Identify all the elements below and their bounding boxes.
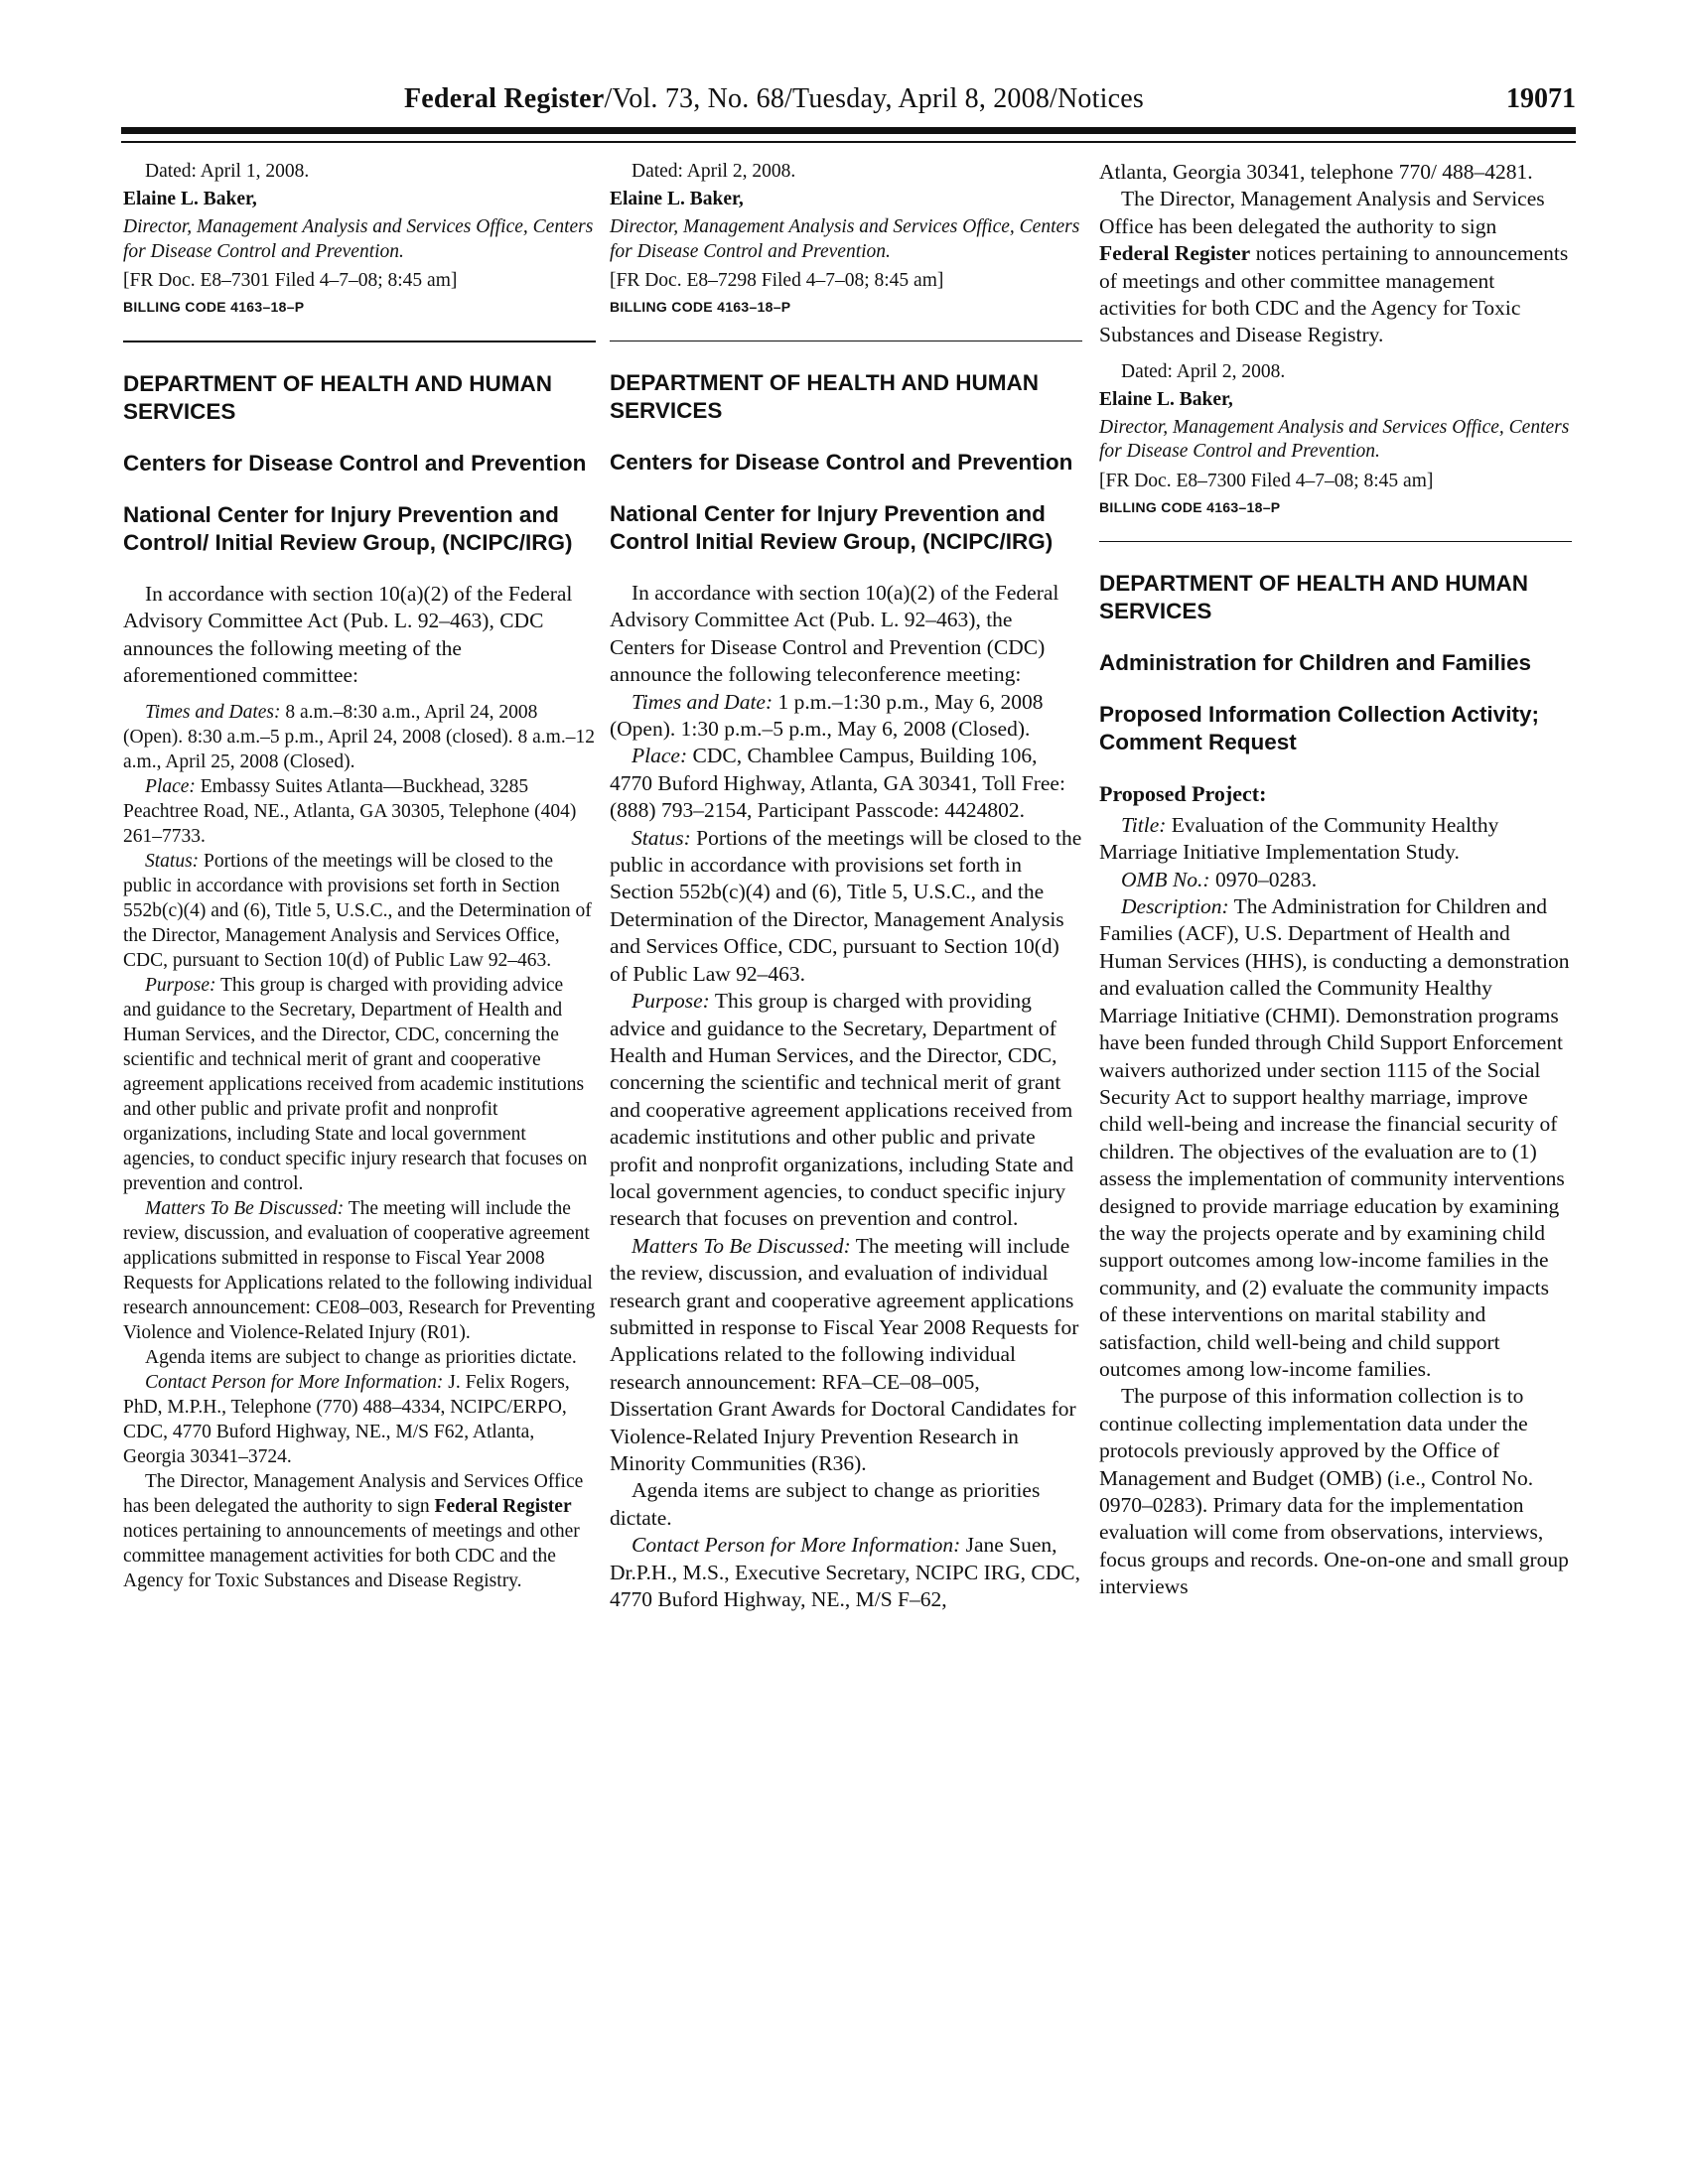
description-paragraph: Description: The Administration for Chil… (1099, 893, 1572, 1383)
subject-heading: National Center for Injury Prevention an… (123, 501, 596, 557)
dated-line: Dated: April 2, 2008. (1099, 359, 1572, 384)
description-label: Description: (1121, 894, 1229, 918)
omb-paragraph: OMB No.: 0970–0283. (1099, 867, 1572, 893)
department-heading: DEPARTMENT OF HEALTH AND HUMAN SERVICES (123, 370, 596, 426)
subject-heading: National Center for Injury Prevention an… (610, 500, 1082, 556)
billing-code: BILLING CODE 4163–18–P (1099, 499, 1572, 515)
signer-name: Elaine L. Baker, (1099, 387, 1572, 413)
matters-text: The meeting will include the review, dis… (610, 1234, 1078, 1475)
delegation-text-bold: Federal Register (1099, 241, 1250, 265)
place-label: Place: (145, 776, 196, 797)
title-label: Title: (1121, 813, 1166, 837)
matters-paragraph: Matters To Be Discussed: The meeting wil… (610, 1233, 1082, 1478)
delegation-text-pre: The Director, Management Analysis and Se… (1099, 187, 1545, 237)
times-label: Times and Dates: (145, 702, 281, 723)
section-divider (610, 341, 1082, 341)
purpose-text: This group is charged with providing adv… (123, 975, 587, 1194)
status-paragraph: Status: Portions of the meetings will be… (123, 849, 596, 973)
purpose-label: Purpose: (632, 989, 710, 1013)
column-1: Dated: April 1, 2008. Elaine L. Baker, D… (123, 159, 596, 1593)
delegation-text-post: notices pertaining to announcements of m… (123, 1521, 580, 1591)
status-paragraph: Status: Portions of the meetings will be… (610, 825, 1082, 988)
times-paragraph: Times and Date: 1 p.m.–1:30 p.m., May 6,… (610, 689, 1082, 744)
page-number: 19071 (1506, 83, 1576, 115)
status-label: Status: (632, 826, 691, 850)
agenda-paragraph: Agenda items are subject to change as pr… (123, 1345, 596, 1370)
signer-title: Director, Management Analysis and Servic… (1099, 416, 1572, 465)
agency-heading: Administration for Children and Families (1099, 649, 1572, 677)
department-heading: DEPARTMENT OF HEALTH AND HUMAN SERVICES (1099, 570, 1572, 625)
running-header: Federal Register/Vol. 73, No. 68/Tuesday… (121, 83, 1576, 123)
purpose-text: This group is charged with providing adv… (610, 989, 1073, 1230)
dated-line: Dated: April 1, 2008. (123, 159, 596, 184)
delegation-paragraph: The Director, Management Analysis and Se… (1099, 186, 1572, 348)
title-paragraph: Title: Evaluation of the Community Healt… (1099, 812, 1572, 867)
fr-doc-line: [FR Doc. E8–7298 Filed 4–7–08; 8:45 am] (610, 268, 1082, 293)
section-divider (123, 341, 596, 342)
signer-title: Director, Management Analysis and Servic… (610, 215, 1082, 264)
publication-name: Federal Register (404, 83, 604, 114)
publication-title: Federal Register/Vol. 73, No. 68/Tuesday… (404, 83, 1144, 115)
proposed-project-heading: Proposed Project: (1099, 780, 1572, 808)
purpose-paragraph: Purpose: This group is charged with prov… (123, 973, 596, 1196)
contact-paragraph: Contact Person for More Information: Jan… (610, 1532, 1082, 1613)
times-paragraph: Times and Dates: 8 a.m.–8:30 a.m., April… (123, 700, 596, 774)
purpose-paragraph: The purpose of this information collecti… (1099, 1383, 1572, 1600)
place-paragraph: Place: Embassy Suites Atlanta—Buckhead, … (123, 774, 596, 849)
signer-title: Director, Management Analysis and Servic… (123, 215, 596, 264)
header-rule-thin (121, 141, 1576, 143)
delegation-paragraph: The Director, Management Analysis and Se… (123, 1469, 596, 1593)
contact-label: Contact Person for More Information: (632, 1533, 960, 1557)
delegation-text-bold: Federal Register (435, 1496, 572, 1517)
intro-paragraph: In accordance with section 10(a)(2) of t… (123, 581, 596, 690)
matters-text: The meeting will include the review, dis… (123, 1198, 595, 1343)
column-3: Atlanta, Georgia 30341, telephone 770/ 4… (1099, 159, 1572, 1601)
fr-doc-line: [FR Doc. E8–7301 Filed 4–7–08; 8:45 am] (123, 268, 596, 293)
contact-label: Contact Person for More Information: (145, 1372, 443, 1393)
billing-code: BILLING CODE 4163–18–P (610, 299, 1082, 315)
times-label: Times and Date: (632, 690, 773, 714)
omb-text: 0970–0283. (1210, 868, 1318, 891)
contact-paragraph: Contact Person for More Information: J. … (123, 1370, 596, 1469)
department-heading: DEPARTMENT OF HEALTH AND HUMAN SERVICES (610, 369, 1082, 425)
omb-label: OMB No.: (1121, 868, 1210, 891)
agenda-paragraph: Agenda items are subject to change as pr… (610, 1477, 1082, 1532)
contact-continued: Atlanta, Georgia 30341, telephone 770/ 4… (1099, 159, 1572, 186)
place-paragraph: Place: CDC, Chamblee Campus, Building 10… (610, 743, 1082, 824)
section-divider (1099, 541, 1572, 542)
dated-line: Dated: April 2, 2008. (610, 159, 1082, 184)
signer-name: Elaine L. Baker, (123, 187, 596, 212)
signer-name: Elaine L. Baker, (610, 187, 1082, 212)
header-rule-thick (121, 127, 1576, 134)
agency-heading: Centers for Disease Control and Preventi… (123, 450, 596, 478)
matters-label: Matters To Be Discussed: (632, 1234, 851, 1258)
matters-paragraph: Matters To Be Discussed: The meeting wil… (123, 1196, 596, 1345)
purpose-label: Purpose: (145, 975, 216, 996)
billing-code: BILLING CODE 4163–18–P (123, 299, 596, 315)
matters-label: Matters To Be Discussed: (145, 1198, 344, 1219)
purpose-paragraph: Purpose: This group is charged with prov… (610, 988, 1082, 1233)
issue-info: /Vol. 73, No. 68/Tuesday, April 8, 2008/… (604, 83, 1144, 114)
fr-doc-line: [FR Doc. E8–7300 Filed 4–7–08; 8:45 am] (1099, 469, 1572, 493)
status-label: Status: (145, 851, 199, 872)
place-label: Place: (632, 744, 687, 767)
subject-heading: Proposed Information Collection Activity… (1099, 701, 1572, 756)
agency-heading: Centers for Disease Control and Preventi… (610, 449, 1082, 477)
description-text: The Administration for Children and Fami… (1099, 894, 1570, 1381)
column-2: Dated: April 2, 2008. Elaine L. Baker, D… (610, 159, 1082, 1613)
intro-paragraph: In accordance with section 10(a)(2) of t… (610, 580, 1082, 689)
